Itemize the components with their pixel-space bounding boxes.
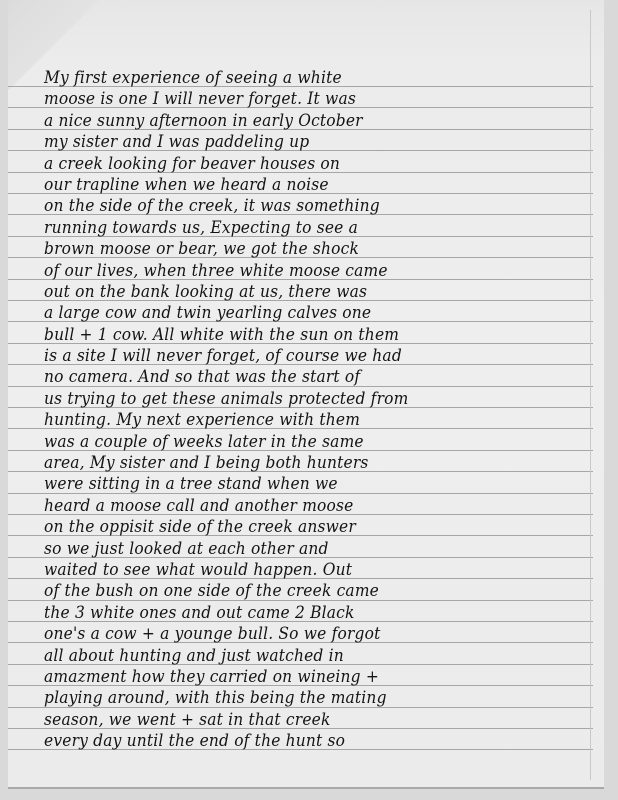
text-line: a nice sunny afternoon in early October <box>44 111 544 132</box>
text-line: of the bush on one side of the creek cam… <box>44 581 544 602</box>
text-line: brown moose or bear, we got the shock <box>44 239 544 260</box>
text-line: all about hunting and just watched in <box>44 646 544 667</box>
text-line: waited to see what would happen. Out <box>44 560 544 581</box>
text-line: out on the bank looking at us, there was <box>44 282 544 303</box>
text-line: season, we went + sat in that creek <box>44 710 544 731</box>
text-line: a creek looking for beaver houses on <box>44 154 544 175</box>
text-line: our trapline when we heard a noise <box>44 175 544 196</box>
text-line: so we just looked at each other and <box>44 539 544 560</box>
text-line: my sister and I was paddeling up <box>44 132 544 153</box>
text-line: were sitting in a tree stand when we <box>44 474 544 495</box>
handwritten-text: My first experience of seeing a white mo… <box>44 68 594 753</box>
text-line: a large cow and twin yearling calves one <box>44 303 544 324</box>
text-line: My first experience of seeing a white <box>44 68 544 89</box>
text-line: one's a cow + a younge bull. So we forgo… <box>44 624 544 645</box>
text-line: us trying to get these animals protected… <box>44 389 544 410</box>
text-line: on the oppisit side of the creek answer <box>44 517 544 538</box>
text-line: hunting. My next experience with them <box>44 410 544 431</box>
text-line: area, My sister and I being both hunters <box>44 453 544 474</box>
text-line: was a couple of weeks later in the same <box>44 432 544 453</box>
text-line: every day until the end of the hunt so <box>44 731 544 752</box>
text-line: amazment how they carried on wineing + <box>44 667 544 688</box>
text-line: no camera. And so that was the start of <box>44 367 544 388</box>
text-line: is a site I will never forget, of course… <box>44 346 544 367</box>
text-line: bull + 1 cow. All white with the sun on … <box>44 325 544 346</box>
text-line: running towards us, Expecting to see a <box>44 218 544 239</box>
text-line: of our lives, when three white moose cam… <box>44 261 544 282</box>
text-line: moose is one I will never forget. It was <box>44 89 544 110</box>
text-line: heard a moose call and another moose <box>44 496 544 517</box>
text-line: on the side of the creek, it was somethi… <box>44 196 544 217</box>
page-bottom-edge <box>8 787 604 789</box>
text-line: the 3 white ones and out came 2 Black <box>44 603 544 624</box>
text-line: playing around, with this being the mati… <box>44 688 544 709</box>
